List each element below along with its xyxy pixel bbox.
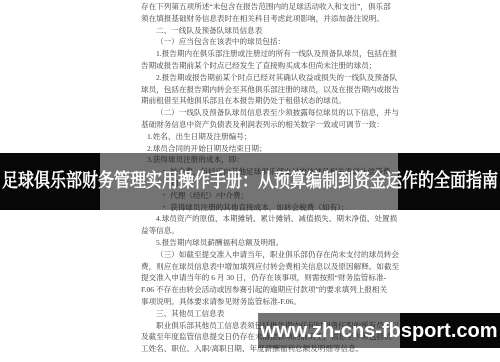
doc-line: 1.姓名、出生日期及注册编号； (141, 131, 377, 143)
doc-line: 告期或报告期前某个时点已经发生了直接购买成本但尚未注册的球员； (141, 60, 377, 72)
doc-line: 益等信息。 (141, 225, 377, 237)
doc-line: 事项说明。具体要求请参见财务监管标准-F.06。 (141, 296, 377, 308)
doc-line: 1.报告期内在俱乐部注册或注册过的所有一线队及预备队球员，包括在报 (141, 48, 377, 60)
doc-line: 5.报告期内球员薪酬福利总额及明细。 (141, 237, 377, 249)
doc-line: 提交准入申请当年的 6 月 30 日，仍存在该事项，则需按照“财务监管标准- (141, 272, 377, 284)
doc-line: 二、一线队及预备队球员信息表 (141, 25, 377, 37)
doc-line: 存在下列第五项所述“未包含在报告范围内的足球活动收入和支出”，俱乐部 (141, 1, 377, 13)
doc-line: 2.报告期或报告期前某个时点已经对其确认收益或损失的一线队及预备队 (141, 72, 377, 84)
doc-line: 费，则应在球员信息表中增加填列应付转会费相关信息以及原因解释。如截至 (141, 261, 377, 273)
watermark-url: www.zh-cns-fbsport.com (260, 321, 497, 341)
watermark-banner: www.zh-cns-fbsport.com (258, 313, 500, 348)
doc-line: 期前租借至其他俱乐部且在本报告期仍处于租借状态的球员。 (141, 95, 377, 107)
page: 存在下列第五项所述“未包含在报告范围内的足球活动收入和支出”，俱乐部须在填报基础… (0, 0, 500, 362)
doc-line: 4.球员资产的原值、本期摊销、累计摊销、减值损失、期末净值、处置损 (141, 213, 377, 225)
doc-line: （二）一线队及预备队球员信息表至少须披露每位球员的以下信息，并与 (141, 107, 377, 119)
doc-line: 基础财务信息中资产负债表及利润表列示的相关数字一致或可调节一致： (141, 119, 377, 131)
doc-line: F.06 不存在由转会活动或因参赛引起的逾期应付款项”的要求填列上报相关 (141, 284, 377, 296)
article-title: 足球俱乐部财务管理实用操作手册：从预算编制到资金运作的全面指南 (2, 172, 498, 191)
doc-line: （三）如截至提交准入申请当年，职业俱乐部仍存在尚未支付的球员转会 (141, 249, 377, 261)
doc-line: （一）应当包含在该表中的球员包括： (141, 36, 377, 48)
doc-line: 须在填报基础财务信息表时在相关科目考虑此项影响，并添加备注说明。 (141, 13, 377, 25)
title-banner: 足球俱乐部财务管理实用操作手册：从预算编制到资金运作的全面指南 (0, 153, 500, 210)
doc-line: 球员，包括在报告期内转会至其他俱乐部注册的球员，以及在报告期内或报告 (141, 84, 377, 96)
